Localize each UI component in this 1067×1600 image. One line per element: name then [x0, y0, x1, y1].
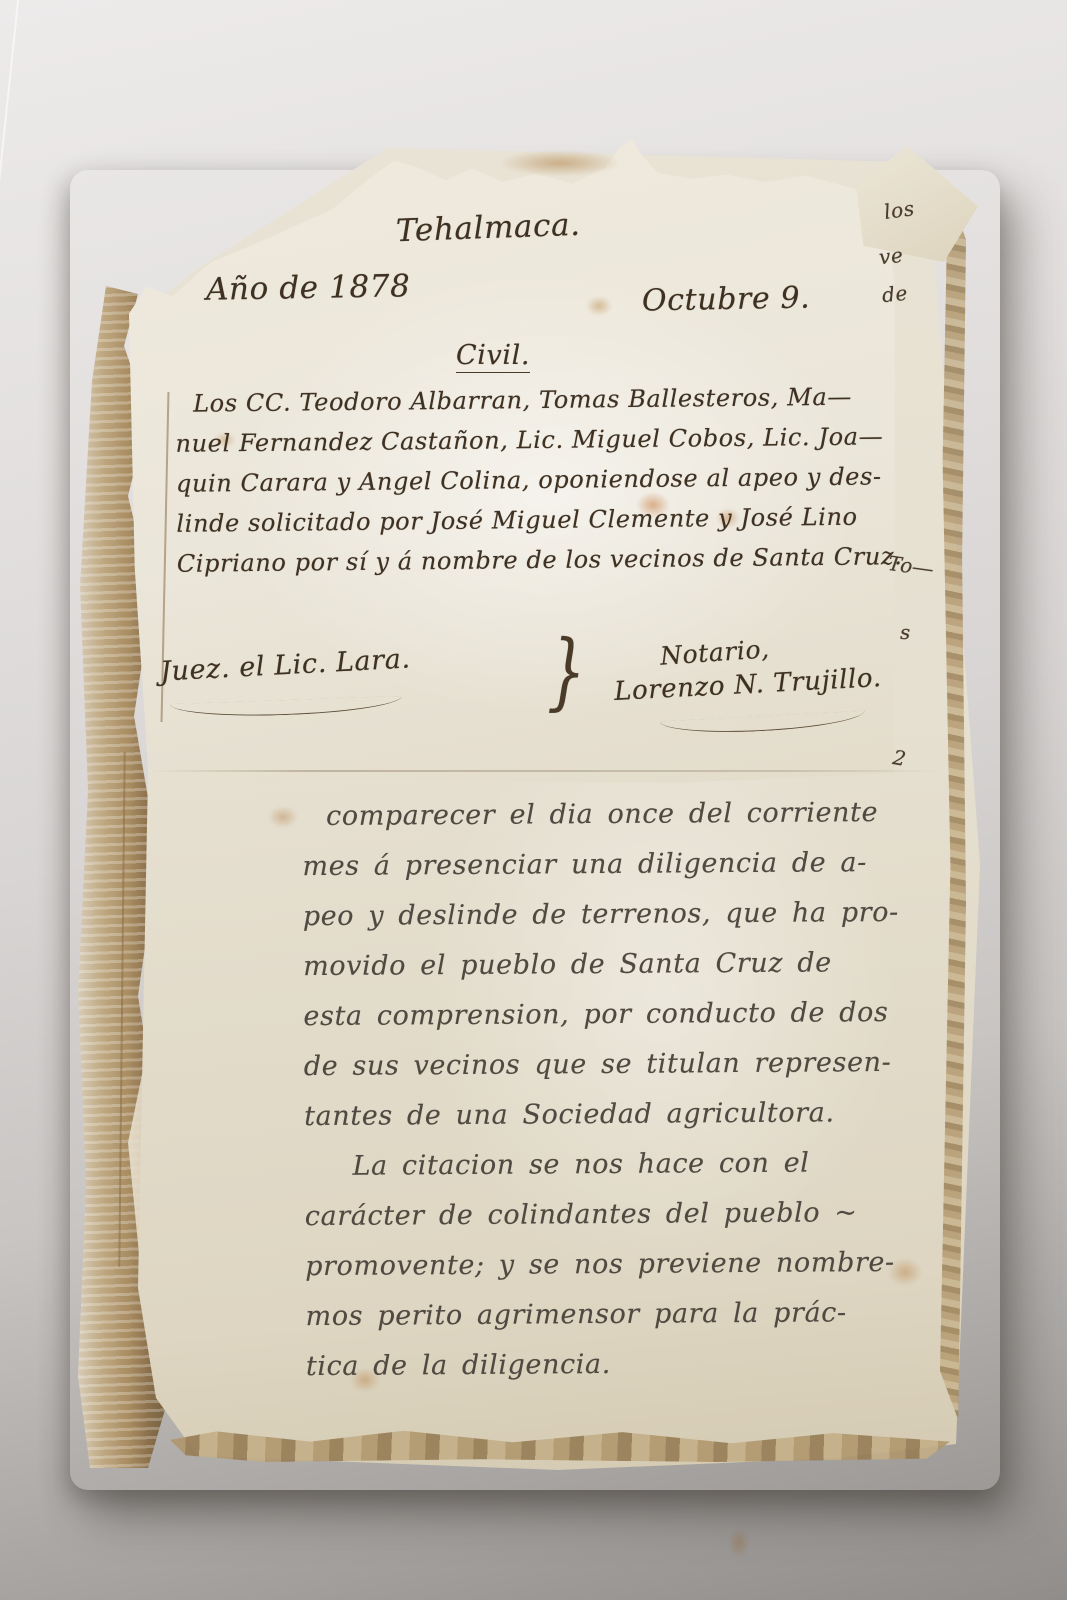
body-line: mes á presenciar una diligencia de a- — [302, 838, 898, 892]
body-line: promovente; y se nos previene nombre- — [305, 1238, 901, 1292]
section-heading: Civil. — [456, 340, 530, 373]
paper-stain — [500, 150, 620, 176]
body-line: carácter de colindantes del pueblo ~ — [305, 1188, 901, 1242]
paragraph-line: Cipriano por sí y á nombre de los vecino… — [177, 536, 903, 584]
background-seam — [0, 0, 23, 479]
edge-text-fragment: ve — [878, 243, 905, 269]
signature-brace: } — [547, 621, 587, 721]
paper-stain — [586, 296, 612, 316]
body-line: peo y deslinde de terrenos, que ha pro- — [303, 888, 899, 942]
body-line: La citacion se nos hace con el — [304, 1138, 900, 1192]
date-line: Octubre 9. — [642, 281, 811, 319]
place-title: Tehalmaca. — [395, 207, 581, 249]
photo-of-manuscript: Tehalmaca. Año de 1878 Octubre 9. Civil.… — [0, 0, 1067, 1600]
body-line: movido el pueblo de Santa Cruz de — [303, 938, 899, 992]
paper-stain — [728, 1528, 750, 1558]
body-line: mos perito agrimensor para la prác- — [305, 1288, 901, 1342]
header-paragraph: Los CC. Teodoro Albarran, Tomas Balleste… — [175, 376, 903, 584]
paper-stain — [268, 806, 298, 828]
body-line: tantes de una Sociedad agricultora. — [304, 1088, 900, 1142]
edge-text-fragment: los — [882, 196, 916, 224]
edge-text-fragment: s — [900, 620, 911, 644]
body-line: tica de la diligencia. — [306, 1338, 902, 1392]
edge-text-fragment: de — [881, 281, 909, 308]
body-line: comparecer el dia once del corriente — [302, 788, 898, 842]
body-text: comparecer el dia once del corriente mes… — [302, 788, 902, 1392]
sheet-overlap-line — [150, 770, 940, 772]
year-line: Año de 1878 — [206, 268, 411, 308]
body-line: esta comprension, por conducto de dos — [303, 988, 899, 1042]
body-line: de sus vecinos que se titulan represen- — [304, 1038, 900, 1092]
